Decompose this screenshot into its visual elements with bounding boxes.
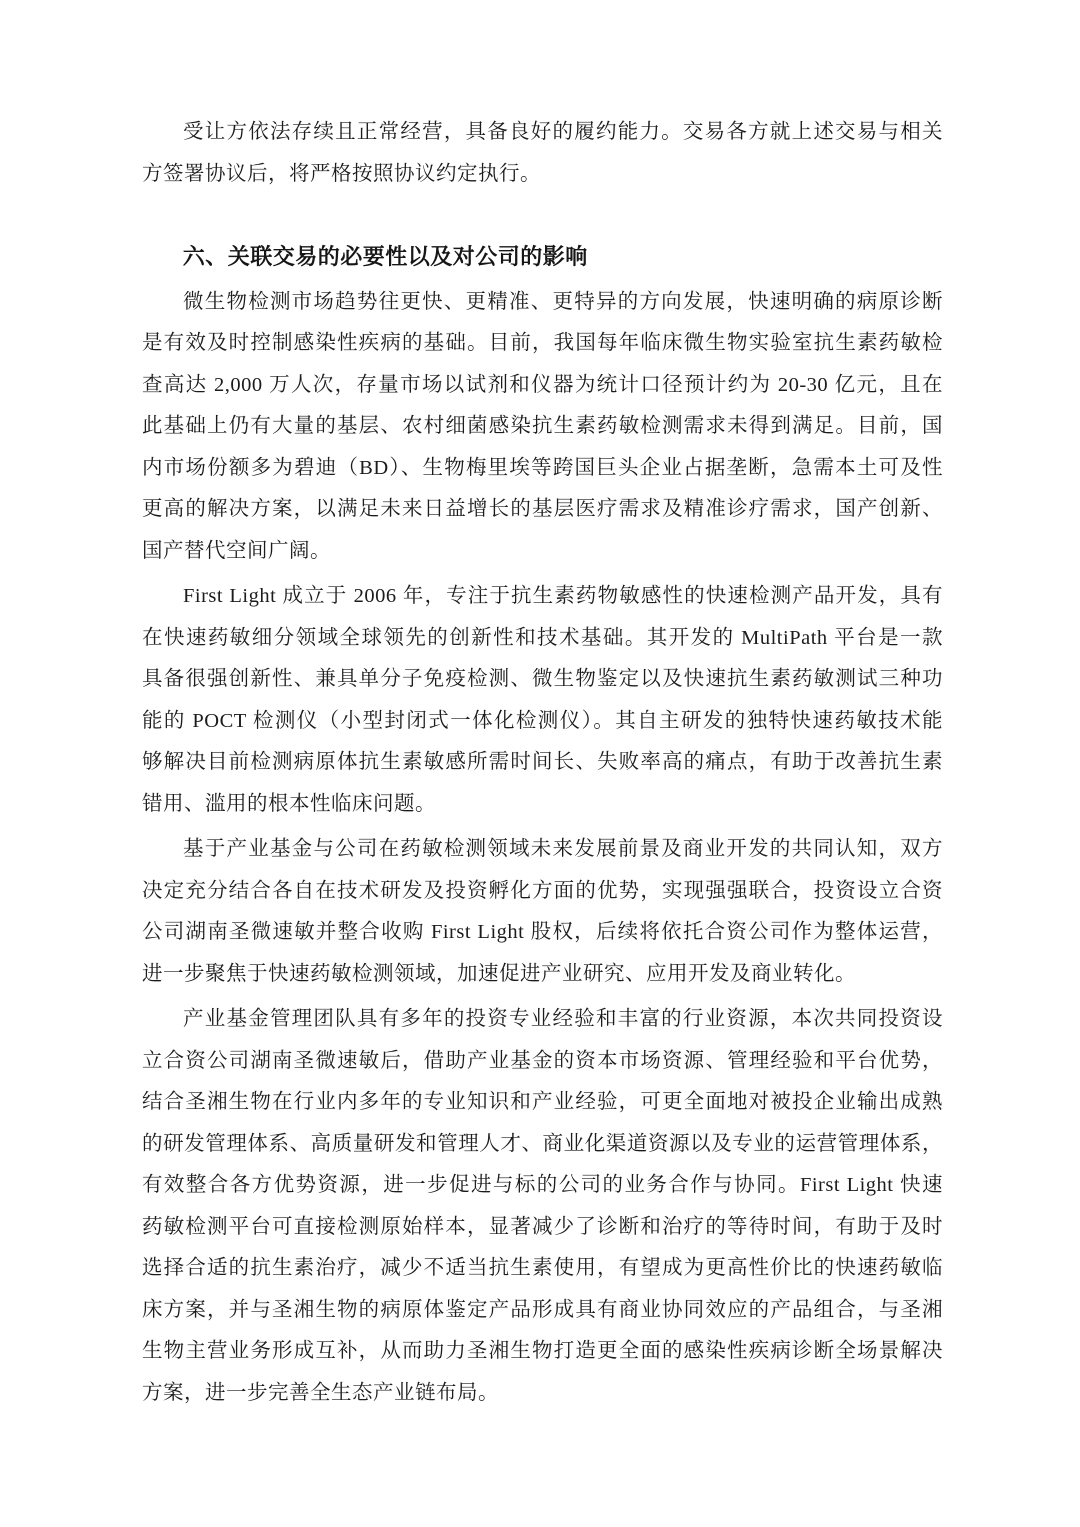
text-line: 此基础上仍有大量的基层、农村细菌感染抗生素药敏检测需求未得到满足。目前，国 — [142, 406, 943, 448]
text-line: 选择合适的抗生素治疗，减少不适当抗生素使用，有望成为更高性价比的快速药敏临 — [142, 1248, 943, 1290]
paragraph: 基于产业基金与公司在药敏检测领域未来发展前景及商业开发的共同认知，双方决定充分结… — [142, 829, 943, 995]
text-line: 查高达 2,000 万人次，存量市场以试剂和仪器为统计口径预计约为 20-30 … — [142, 365, 943, 407]
paragraph: 微生物检测市场趋势往更快、更精准、更特异的方向发展，快速明确的病原诊断是有效及时… — [142, 282, 943, 573]
text-line: 床方案，并与圣湘生物的病原体鉴定产品形成具有商业协同效应的产品组合，与圣湘 — [142, 1290, 943, 1332]
text-line: 立合资公司湖南圣微速敏后，借助产业基金的资本市场资源、管理经验和平台优势， — [142, 1041, 943, 1083]
text-line: 有效整合各方优势资源，进一步促进与标的公司的业务合作与协同。First Ligh… — [142, 1165, 943, 1207]
text-line: 决定充分结合各自在技术研发及投资孵化方面的优势，实现强强联合，投资设立合资 — [142, 871, 943, 913]
text-line: 基于产业基金与公司在药敏检测领域未来发展前景及商业开发的共同认知，双方 — [142, 829, 943, 871]
text-line: 具备很强创新性、兼具单分子免疫检测、微生物鉴定以及快速抗生素药敏测试三种功 — [142, 659, 943, 701]
document-content: 受让方依法存续且正常经营，具备良好的履约能力。交易各方就上述交易与相关方签署协议… — [142, 112, 943, 1418]
paragraph: First Light 成立于 2006 年，专注于抗生素药物敏感性的快速检测产… — [142, 576, 943, 825]
text-line: 更高的解决方案，以满足未来日益增长的基层医疗需求及精准诊疗需求，国产创新、 — [142, 489, 943, 531]
paragraph: 产业基金管理团队具有多年的投资专业经验和丰富的行业资源，本次共同投资设立合资公司… — [142, 999, 943, 1414]
document-page: 受让方依法存续且正常经营，具备良好的履约能力。交易各方就上述交易与相关方签署协议… — [0, 0, 1080, 1527]
text-line: 公司湖南圣微速敏并整合收购 First Light 股权，后续将依托合资公司作为… — [142, 912, 943, 954]
text-line: 国产替代空间广阔。 — [142, 531, 943, 573]
text-line: 产业基金管理团队具有多年的投资专业经验和丰富的行业资源，本次共同投资设 — [142, 999, 943, 1041]
text-line: 药敏检测平台可直接检测原始样本，显著减少了诊断和治疗的等待时间，有助于及时 — [142, 1207, 943, 1249]
text-line: 是有效及时控制感染性疾病的基础。目前，我国每年临床微生物实验室抗生素药敏检 — [142, 323, 943, 365]
text-line: 结合圣湘生物在行业内多年的专业知识和产业经验，可更全面地对被投企业输出成熟 — [142, 1082, 943, 1124]
text-line: 在快速药敏细分领域全球领先的创新性和技术基础。其开发的 MultiPath 平台… — [142, 618, 943, 660]
text-line: 的研发管理体系、高质量研发和管理人才、商业化渠道资源以及专业的运营管理体系， — [142, 1124, 943, 1166]
text-line: 受让方依法存续且正常经营，具备良好的履约能力。交易各方就上述交易与相关 — [142, 112, 943, 154]
text-line: 生物主营业务形成互补，从而助力圣湘生物打造更全面的感染性疾病诊断全场景解决 — [142, 1331, 943, 1373]
text-line: 内市场份额多为碧迪（BD）、生物梅里埃等跨国巨头企业占据垄断，急需本土可及性 — [142, 448, 943, 490]
text-line: 方案，进一步完善全生态产业链布局。 — [142, 1373, 943, 1415]
text-line: 错用、滥用的根本性临床问题。 — [142, 784, 943, 826]
text-line: 能的 POCT 检测仪（小型封闭式一体化检测仪）。其自主研发的独特快速药敏技术能 — [142, 701, 943, 743]
paragraph: 受让方依法存续且正常经营，具备良好的履约能力。交易各方就上述交易与相关方签署协议… — [142, 112, 943, 195]
text-line: 方签署协议后，将严格按照协议约定执行。 — [142, 154, 943, 196]
text-line: 够解决目前检测病原体抗生素敏感所需时间长、失败率高的痛点，有助于改善抗生素 — [142, 742, 943, 784]
text-line: First Light 成立于 2006 年，专注于抗生素药物敏感性的快速检测产… — [142, 576, 943, 618]
section-heading: 六、关联交易的必要性以及对公司的影响 — [142, 236, 943, 278]
text-line: 进一步聚焦于快速药敏检测领域，加速促进产业研究、应用开发及商业转化。 — [142, 954, 943, 996]
text-line: 微生物检测市场趋势往更快、更精准、更特异的方向发展，快速明确的病原诊断 — [142, 282, 943, 324]
